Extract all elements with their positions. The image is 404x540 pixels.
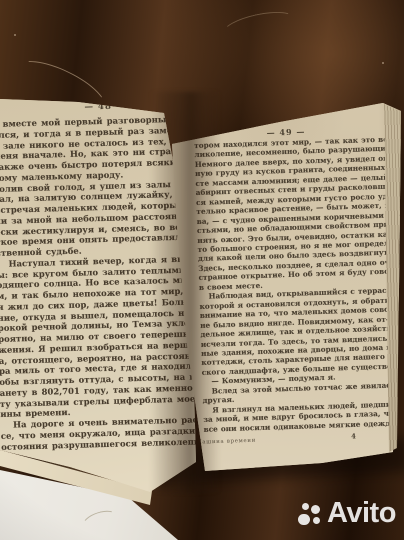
dust-speck [382,62,384,64]
running-title: Машина времени [196,438,256,446]
right-page-text: тором находился этот мир, — так как это … [194,134,402,433]
signature-mark: 4 [351,432,356,440]
dust-speck [14,34,16,36]
book-photo: — 48 — и вместе мой первый разговорный у… [0,0,404,540]
right-page-footer: Машина времени 4 [196,432,356,445]
